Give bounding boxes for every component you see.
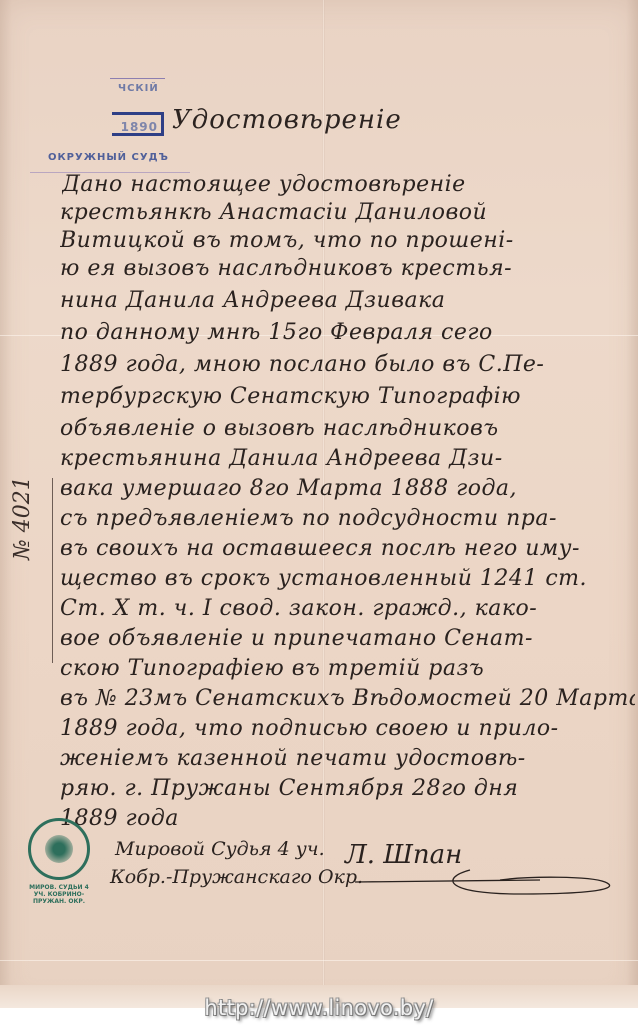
body-line: 1889 года, что подписью своею и прило-	[60, 716, 635, 741]
body-line: 1889 года	[60, 806, 635, 831]
margin-registry-number: № 4021	[10, 476, 35, 560]
body-line: Дано настоящее удостовѣреніе	[62, 172, 637, 197]
watermark-url: http://www.linovo.by/	[0, 996, 638, 1020]
stamp-court-text: ОКРУЖНЫЙ СУДЪ	[48, 152, 169, 163]
horizontal-fold	[0, 960, 638, 961]
eagle-emblem-icon	[45, 835, 73, 863]
stamp-top-text: ЧСКІЙ	[118, 83, 159, 94]
margin-rule	[52, 478, 53, 663]
court-seal	[28, 818, 90, 880]
signer-title: Мировой Судья 4 уч.	[115, 838, 325, 860]
body-line: вака умершаго 8го Марта 1888 года,	[60, 476, 635, 501]
body-line: Ст. Х т. ч. I свод. закон. гражд., како-	[60, 596, 635, 621]
signature-flourish	[350, 860, 620, 900]
body-line: 1889 года, мною послано было въ С.Пе-	[60, 352, 635, 377]
body-line: объявленіе о вызовѣ наслѣдниковъ	[60, 416, 635, 441]
signer-district: Кобр.-Пружанскаго Окр.	[110, 866, 363, 888]
stamp-rule	[110, 78, 165, 79]
body-line: скою Типографіею въ третій разъ	[60, 656, 635, 681]
body-line: щество въ срокъ установленный 1241 ст.	[60, 566, 635, 591]
body-line: ю ея вызовъ наслѣдниковъ крестья-	[60, 256, 635, 281]
body-line: крестьянина Данила Андреева Дзи-	[60, 446, 635, 471]
seal-text: МИРОВ. СУДЬИ 4 УЧ. КОБРИНО-ПРУЖАН. ОКР.	[24, 884, 94, 905]
body-line: въ своихъ на оставшееся послѣ него иму-	[60, 536, 635, 561]
body-line: съ предъявленіемъ по подсудности пра-	[60, 506, 635, 531]
body-line: женіемъ казенной печати удостовѣ-	[60, 746, 635, 771]
document-title: Удостовѣреніе	[172, 105, 402, 135]
body-line: крестьянкѣ Анастасіи Даниловой	[60, 200, 635, 225]
body-line: въ № 23мъ Сенатскихъ Вѣдомостей 20 Марта…	[60, 686, 635, 711]
body-line: ряю. г. Пружаны Сентября 28го дня	[60, 776, 635, 801]
body-line: тербургскую Сенатскую Типографію	[60, 384, 635, 409]
body-line: нина Данила Андреева Дзивака	[60, 288, 635, 313]
stamp-date-box: 1890	[112, 112, 164, 136]
body-line: вое объявленіе и припечатано Сенат-	[60, 626, 635, 651]
body-line: Витицкой въ томъ, что по прошені-	[60, 228, 635, 253]
body-line: по данному мнѣ 15го Февраля сего	[60, 320, 635, 345]
